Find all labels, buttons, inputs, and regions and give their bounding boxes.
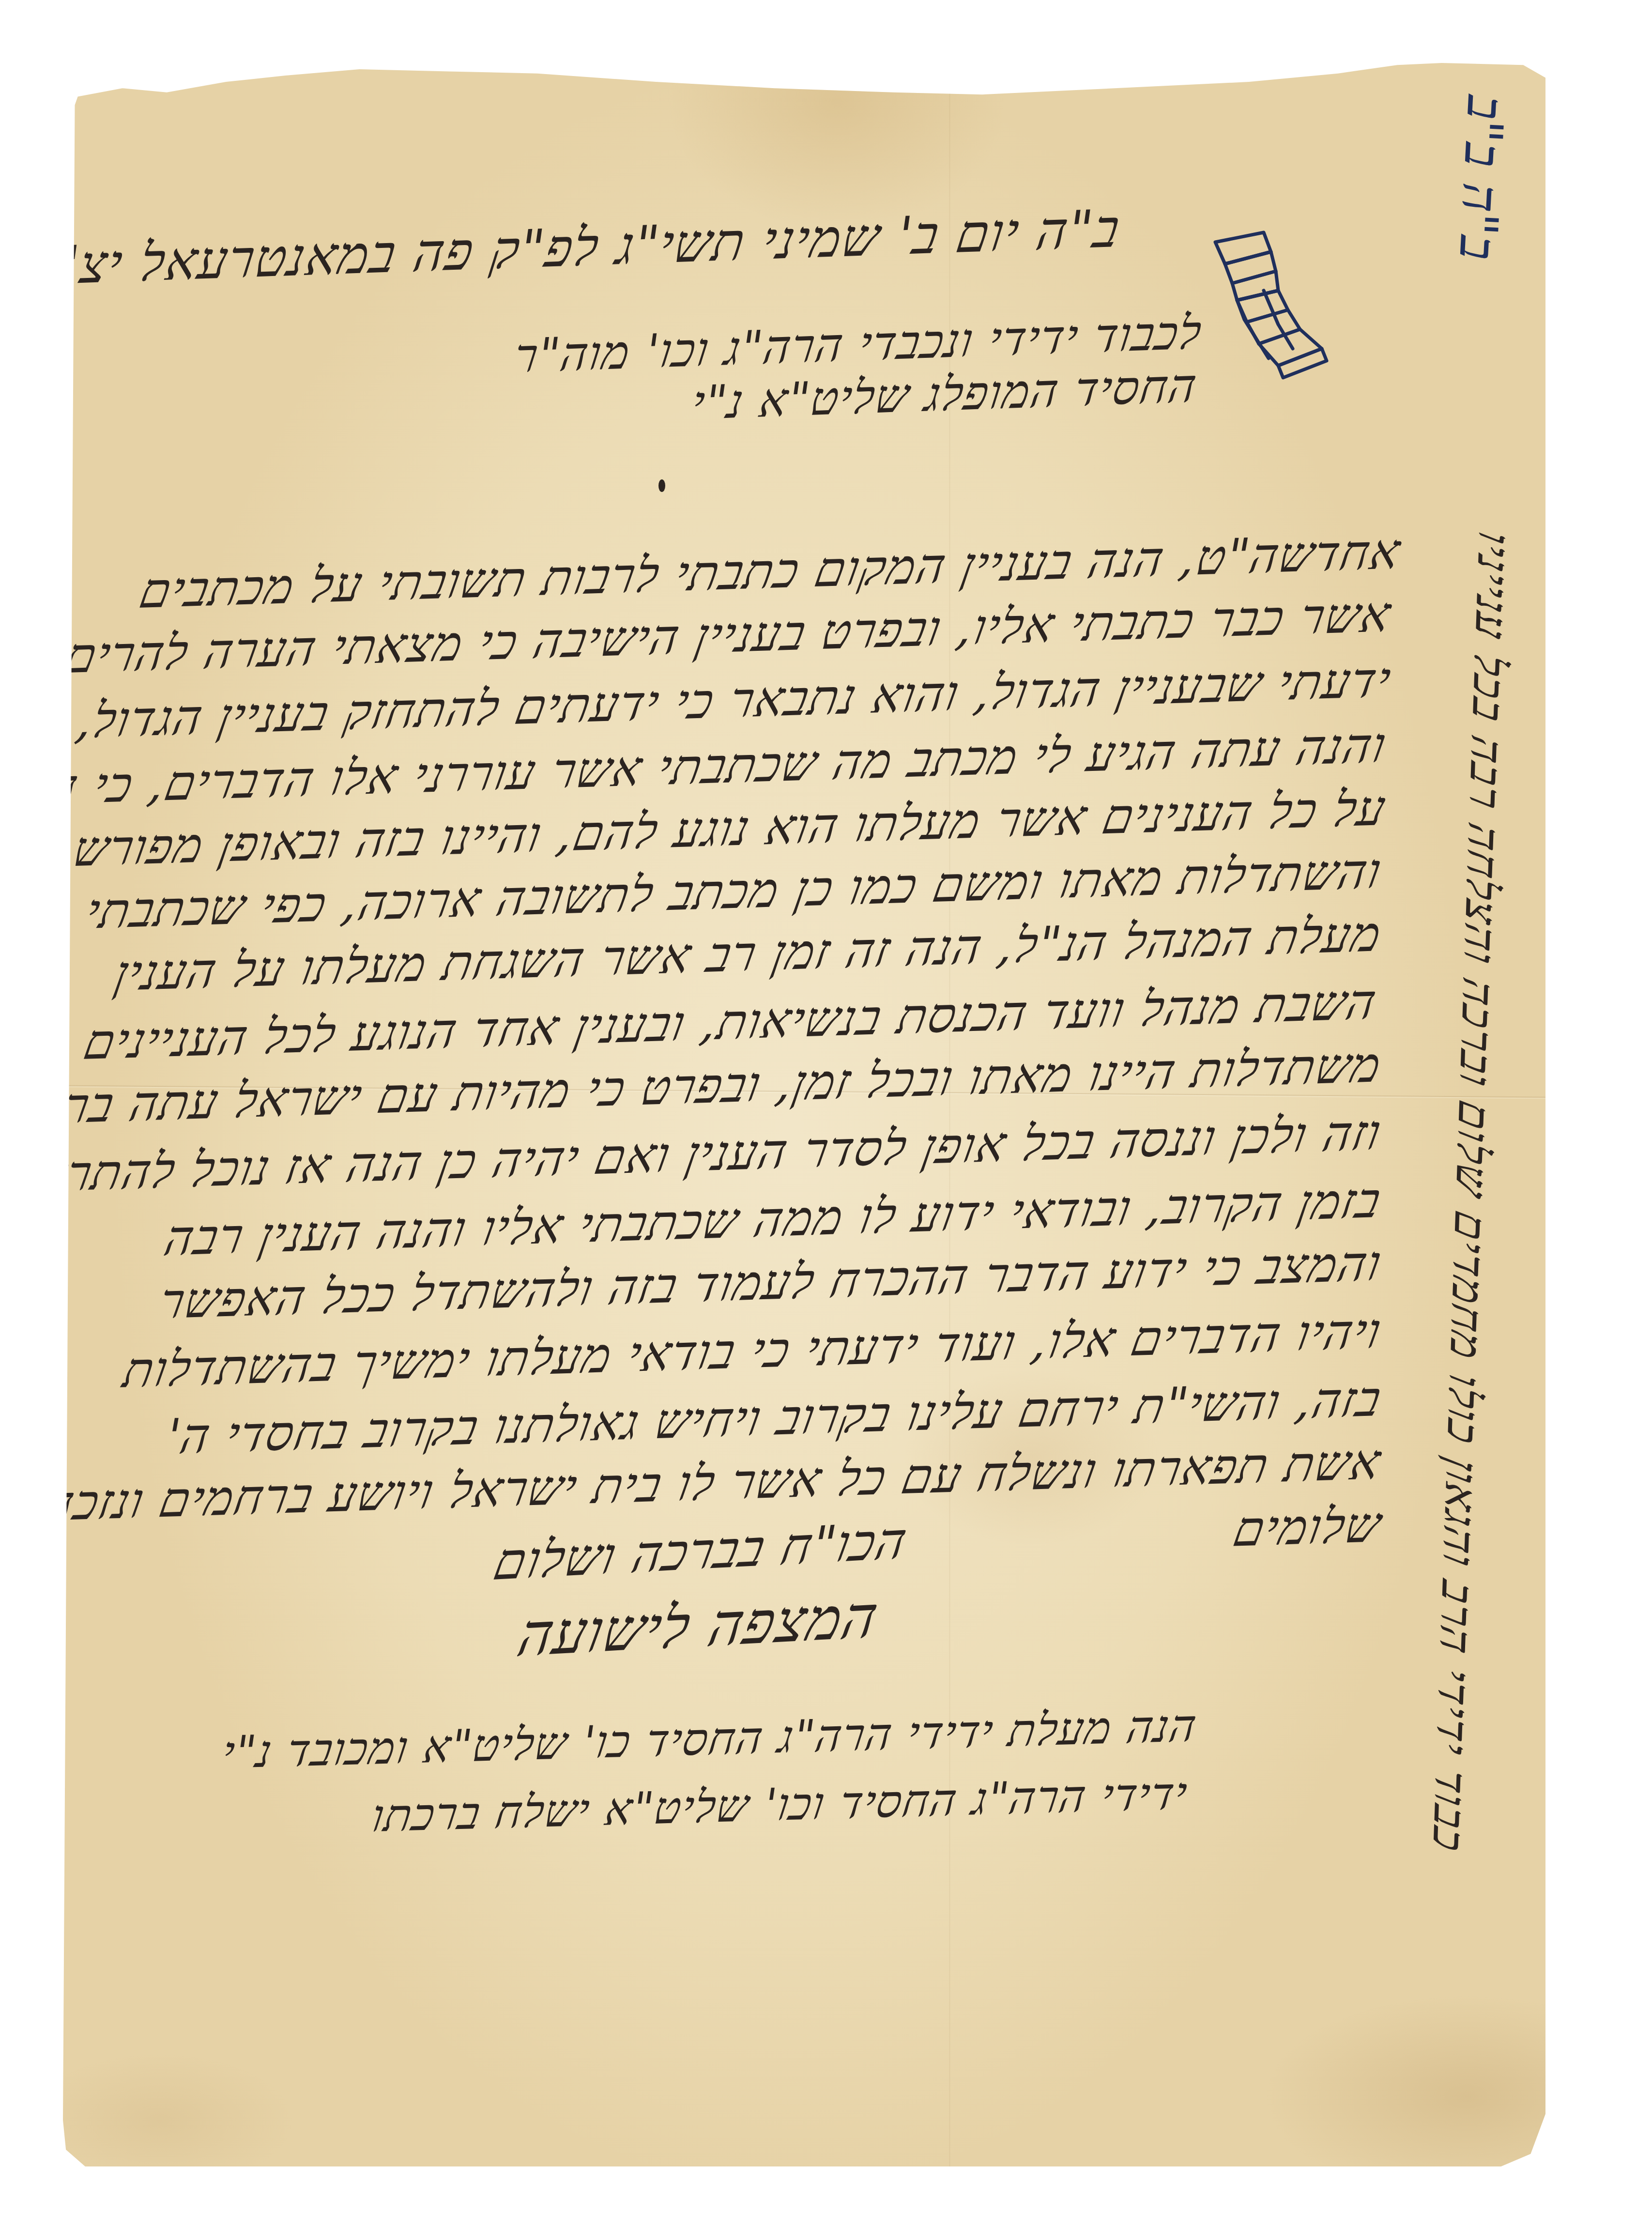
body-line: שלומים	[1229, 1496, 1386, 1558]
postscript-line-2: ידידי הרה"ג החסיד וכו' שליט"א ישלח ברכתו	[368, 1767, 1191, 1843]
signature-name: המצפה לישועה	[512, 1583, 884, 1670]
letter-paper: ב"ה ב"ב ב"ה יום ב' שמיני תשי"ג לפ"ק פה ב…	[63, 63, 1545, 2166]
signature-closing: הכו"ח בברכה ושלום	[489, 1510, 912, 1592]
postscript-line-1: הנה מעלת ידידי הרה"ג החסיד כו' שליט"א ומ…	[219, 1700, 1201, 1779]
corner-annotation: ב"ה ב"ב	[1448, 94, 1515, 261]
staircase-doodle-icon	[1210, 228, 1336, 383]
document-scan: ב"ה ב"ב ב"ה יום ב' שמיני תשי"ג לפ"ק פה ב…	[0, 0, 1652, 2227]
ink-dot	[658, 479, 665, 492]
margin-note: כבוד ידידי הרב והגאון כולו מחמדים שלום ו…	[1423, 526, 1520, 1857]
dateline: ב"ה יום ב' שמיני תשי"ג לפ"ק פה במאנטרעאל…	[36, 199, 1124, 298]
